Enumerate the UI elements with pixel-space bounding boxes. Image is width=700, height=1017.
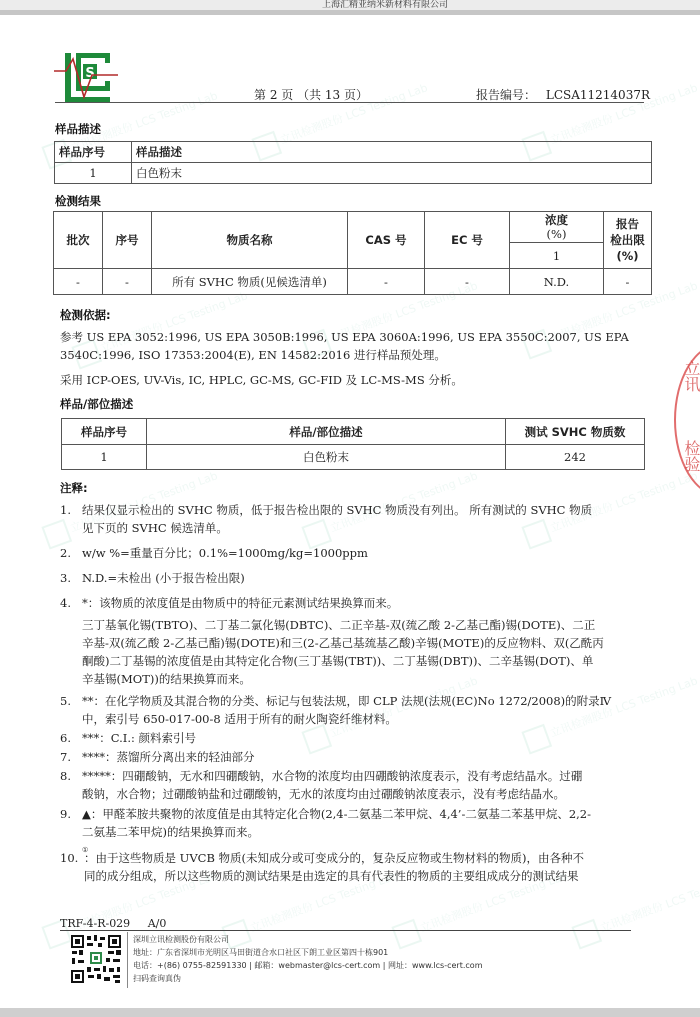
note-line: N.D.=未检出 (小于报告检出限) — [82, 569, 650, 587]
note-line: ***：C.I.: 颜料索引号 — [82, 729, 650, 747]
footer-contact: 电话：+(86) 0755-82591330 | 邮箱：webmaster@lc… — [133, 959, 483, 972]
note-line: 辛基-双(巯乙酸 2-乙基己酯)锡(DOTE)和三(2-乙基己基巯基乙酸)辛锡(… — [82, 634, 652, 652]
viewer-title: 上海汇精亚纳米新材料有限公司 — [322, 0, 448, 10]
report-number-label: 报告编号： — [476, 88, 536, 102]
note-line: *：该物质的浓度值是由物质中的特征元素测试结果换算而来。 — [82, 594, 650, 612]
note-number: 3. — [60, 569, 71, 587]
note-line: 见下页的 SVHC 候选清单。 — [82, 519, 650, 537]
note-line: 酸钠，水合物；过硼酸钠盐和过硼酸钠，无水的浓度均由过硼酸钠浓度表示，没有考虑结晶… — [82, 785, 650, 803]
section-title-test-basis: 检测依据: — [60, 307, 111, 323]
footer-address: 地址：广东省深圳市光明区马田街道合水口社区下朗工业区第四十栋901 — [133, 946, 483, 959]
form-code-value: TRF-4-R-029 — [60, 917, 130, 930]
circled-one-marker: ① — [82, 841, 88, 859]
table-cell: N.D. — [510, 269, 604, 295]
stamp-text: 立讯 — [680, 360, 700, 392]
note-number: 9. — [60, 805, 71, 823]
note-line: w/w %=重量百分比；0.1%=1000mg/kg=1000ppm — [82, 544, 650, 562]
note-item: 8. *****：四硼酸钠，无水和四硼酸钠，水合物的浓度均由四硼酸钠浓度表示，没… — [60, 767, 650, 803]
table-cell: - — [425, 269, 510, 295]
table-cell: 所有 SVHC 物质(见候选清单) — [152, 269, 348, 295]
section-title-sample-description: 样品描述 — [55, 121, 101, 137]
note-line: 酮酸)二丁基锡的浓度值是由其特定化合物(三丁基锡(TBT))、二丁基锡(DBT)… — [82, 652, 652, 670]
sample-description-table: 样品序号 样品描述 1 白色粉末 — [54, 141, 652, 184]
note-line: *****：四硼酸钠，无水和四硼酸钠，水合物的浓度均由四硼酸钠浓度表示，没有考虑… — [82, 767, 650, 785]
footer-company: 深圳立讯检测股份有限公司 — [133, 933, 483, 946]
note-line: **：在化学物质及其混合物的分类、标记与包装法规，即 CLP 法规(法规(EC)… — [82, 692, 650, 710]
column-header-ec: EC 号 — [425, 212, 510, 269]
table-row: 1 白色粉末 — [55, 163, 652, 184]
note-number: 8. — [60, 767, 71, 785]
section-title-notes: 注释: — [60, 480, 88, 496]
note-line: 辛基锡(MOT))的结果换算而来。 — [82, 670, 652, 688]
report-number: 报告编号： LCSA11214037R — [476, 86, 650, 103]
note-item: 1. 结果仅显示检出的 SVHC 物质，低于报告检出限的 SVHC 物质没有列出… — [60, 501, 650, 537]
qr-code-icon[interactable] — [70, 934, 122, 984]
report-number-value: LCSA11214037R — [546, 88, 650, 102]
table-cell: 1 — [62, 445, 147, 470]
column-header-cas: CAS 号 — [348, 212, 425, 269]
form-version: A/0 — [148, 917, 167, 930]
rl-line: 检出限 — [608, 232, 647, 248]
note-number: 7. — [60, 748, 71, 766]
note-line: 三丁基氧化锡(TBTO)、二丁基二氯化锡(DBTC)、二正辛基-双(巯乙酸 2-… — [82, 616, 652, 634]
viewer-title-bar: 上海汇精亚纳米新材料有限公司 — [0, 0, 700, 10]
column-header-batch: 批次 — [54, 212, 103, 269]
note-item: 9. ▲：甲醛苯胺共聚物的浓度值是由其特定化合物(2,4-二氨基二苯甲烷、4,4… — [60, 805, 650, 841]
rl-line: (%) — [608, 248, 647, 264]
note-number: 6. — [60, 729, 71, 747]
note-number: 10. — [60, 849, 78, 867]
note-line: 二氨基二苯甲烷)的结果换算而来。 — [82, 823, 650, 841]
test-basis-line: 采用 ICP-OES, UV-Vis, IC, HPLC, GC-MS, GC-… — [60, 371, 463, 389]
table-cell: 白色粉末 — [147, 445, 506, 470]
footer-contact-block: 深圳立讯检测股份有限公司 地址：广东省深圳市光明区马田街道合水口社区下朗工业区第… — [133, 933, 483, 985]
column-header-concentration: 浓度 (%) — [510, 212, 604, 243]
table-cell: 242 — [506, 445, 645, 470]
note-number: 1. — [60, 501, 71, 519]
note-line: 中，索引号 650-017-00-8 适用于所有的耐火陶瓷纤维材料。 — [82, 710, 650, 728]
note-item: 2. w/w %=重量百分比；0.1%=1000mg/kg=1000ppm — [60, 544, 650, 562]
column-header-substance: 物质名称 — [152, 212, 348, 269]
part-description-table: 样品序号 样品/部位描述 测试 SVHC 物质数 1 白色粉末 242 — [61, 418, 645, 470]
note-item: 3. N.D.=未检出 (小于报告检出限) — [60, 569, 650, 587]
concentration-unit: (%) — [514, 227, 599, 241]
footer-scan-hint: 扫码查询真伪 — [133, 972, 483, 985]
note-line: 结果仅显示检出的 SVHC 物质，低于报告检出限的 SVHC 物质没有列出。 所… — [82, 501, 650, 519]
note-continuation: 三丁基氧化锡(TBTO)、二丁基二氯化锡(DBTC)、二正辛基-双(巯乙酸 2-… — [82, 616, 652, 688]
column-header: 样品/部位描述 — [147, 419, 506, 445]
table-cell: - — [604, 269, 652, 295]
form-code: TRF-4-R-029 A/0 — [60, 917, 166, 930]
table-cell: 白色粉末 — [132, 163, 652, 184]
table-cell: 1 — [55, 163, 132, 184]
section-title-part-description: 样品/部位描述 — [60, 396, 133, 412]
header-rule — [55, 102, 644, 103]
note-item: 5. **：在化学物质及其混合物的分类、标记与包装法规，即 CLP 法规(法规(… — [60, 692, 650, 728]
note-item: 7. ****：蒸馏所分离出来的轻油部分 — [60, 748, 650, 766]
note-line: 同的成分组成，所以这些物质的测试结果是由选定的具有代表性的物质的主要组成成分的测… — [84, 867, 650, 885]
viewer-bottom-band — [0, 1008, 700, 1017]
column-header: 样品序号 — [62, 419, 147, 445]
footer-rule — [60, 930, 631, 931]
column-header-seq: 序号 — [103, 212, 152, 269]
note-number: 5. — [60, 692, 71, 710]
test-basis-line: 3540C:1996, ISO 17353:2004(E), EN 14582:… — [60, 346, 446, 364]
stamp-text: 检验 — [680, 440, 700, 472]
table-cell: - — [54, 269, 103, 295]
note-line: ▲：甲醛苯胺共聚物的浓度值是由其特定化合物(2,4-二氨基二苯甲烷、4,4’-二… — [82, 805, 650, 823]
column-header: 样品序号 — [55, 142, 132, 163]
column-header: 测试 SVHC 物质数 — [506, 419, 645, 445]
rl-line: 报告 — [608, 216, 647, 232]
note-line: ：由于这些物质是 UVCB 物质(未知成分或可变成分的，复杂反应物或生物材料的物… — [84, 849, 650, 867]
table-cell: - — [348, 269, 425, 295]
note-item: 10. ① ：由于这些物质是 UVCB 物质(未知成分或可变成分的，复杂反应物或… — [60, 849, 650, 885]
note-item: 6. ***：C.I.: 颜料索引号 — [60, 729, 650, 747]
table-row: 1 白色粉末 242 — [62, 445, 645, 470]
lcs-logo-icon: S — [52, 51, 122, 106]
column-header: 样品描述 — [132, 142, 652, 163]
note-line: ****：蒸馏所分离出来的轻油部分 — [82, 748, 650, 766]
column-header-sample-1: 1 — [510, 243, 604, 269]
page-number: 第 2 页 （共 13 页） — [254, 86, 368, 103]
table-row: - - 所有 SVHC 物质(见候选清单) - - N.D. - — [54, 269, 652, 295]
note-number: 4. — [60, 594, 71, 612]
note-number: 2. — [60, 544, 71, 562]
test-basis-line: 参考 US EPA 3052:1996, US EPA 3050B:1996, … — [60, 328, 629, 346]
concentration-label: 浓度 — [514, 213, 599, 227]
section-title-test-results: 检测结果 — [55, 193, 101, 209]
column-header-reporting-limit: 报告 检出限 (%) — [604, 212, 652, 269]
test-results-table: 批次 序号 物质名称 CAS 号 EC 号 浓度 (%) 报告 检出限 (%) … — [53, 211, 652, 295]
footer-divider — [127, 932, 128, 988]
note-item: 4. *：该物质的浓度值是由物质中的特征元素测试结果换算而来。 — [60, 594, 650, 612]
table-cell: - — [103, 269, 152, 295]
